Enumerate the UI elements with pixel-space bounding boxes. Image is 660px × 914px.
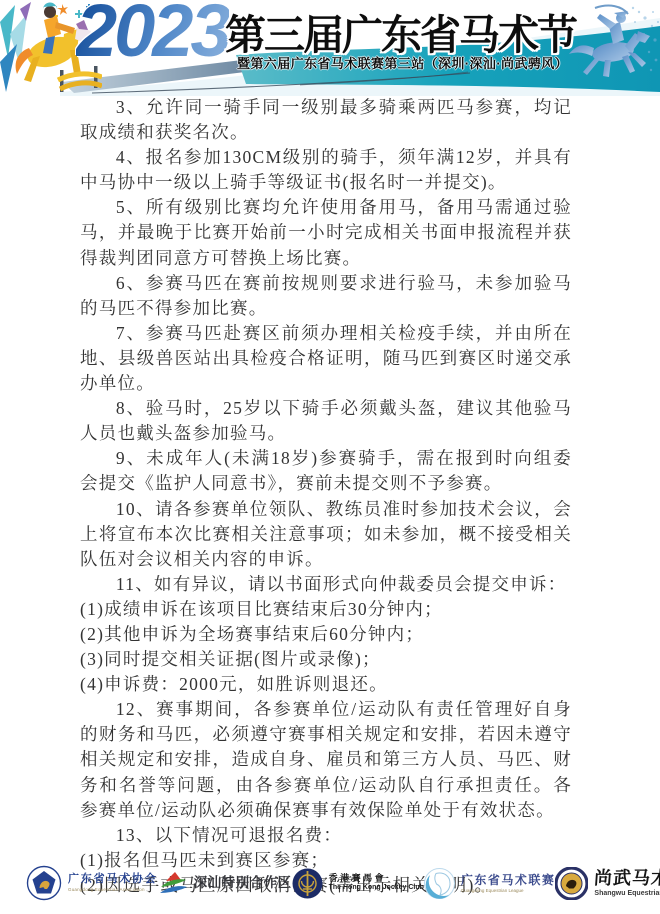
rule-subitem: (2)其他申诉为全场赛事结束后60分钟内； <box>80 622 572 647</box>
logo-en-label: Shangwu Equestrian <box>594 890 660 899</box>
rule-paragraph: 9、未成年人(未满18岁)参赛骑手，需在报到时向组委会提交《监护人同意书》，赛前… <box>80 446 572 496</box>
document-body: 3、允许同一骑手同一级别最多骑乘两匹马参赛，均记取成绩和获奖名次。 4、报名参加… <box>80 95 572 898</box>
logo-hong-kong-jockey-club: 香港賽馬會 The Hong Kong Jockey Club <box>292 868 424 899</box>
logo-cn-label: 香港賽馬會 <box>329 873 424 884</box>
hkjc-emblem-icon <box>292 868 323 899</box>
event-notice-page: 2023 第三届广东省马术节 暨第六届广东省马术联赛第三站（深圳·深汕·尚武骋风… <box>0 0 660 914</box>
sponsor-logo-strip: 广东省马术协会 Guangdong Equestrian Association… <box>0 856 660 910</box>
rule-paragraph: 3、允许同一骑手同一级别最多骑乘两匹马参赛，均记取成绩和获奖名次。 <box>80 95 572 145</box>
shenshan-sail-icon <box>158 870 188 897</box>
rule-subitem: (1)成绩申诉在该项目比赛结束后30分钟内； <box>80 597 572 622</box>
logo-guangdong-equestrian-association: 广东省马术协会 Guangdong Equestrian Association <box>26 865 158 901</box>
rule-subitem: (4)申诉费：2000元，如胜诉则退还。 <box>80 672 572 697</box>
banner-year: 2023 <box>76 0 229 73</box>
logo-en-label: Guangdong Equestrian Association <box>68 887 158 893</box>
rule-paragraph: 4、报名参加130CM级别的骑手，须年满12岁，并具有中马协中一级以上骑手等级证… <box>80 145 572 195</box>
rule-subitem: (3)同时提交相关证据(图片或录像)； <box>80 647 572 672</box>
banner: 2023 第三届广东省马术节 暨第六届广东省马术联赛第三站（深圳·深汕·尚武骋风… <box>0 0 660 96</box>
logo-guangdong-equestrian-league: 广东省马术联赛 Guangdong Equestrian League <box>424 868 556 899</box>
rule-paragraph: 7、参赛马匹赴赛区前须办理相关检疫手续，并由所在地、县级兽医站出具检疫合格证明，… <box>80 321 572 396</box>
rule-paragraph: 6、参赛马匹在赛前按规则要求进行验马，未参加验马的马匹不得参加比赛。 <box>80 271 572 321</box>
logo-cn-label: 深汕特别合作区 <box>194 875 292 892</box>
horse-archer-silhouette <box>569 11 650 77</box>
league-horsehead-icon <box>424 868 455 899</box>
rule-paragraph: 12、赛事期间，各参赛单位/运动队有责任管理好自身的财务和马匹，必须遵守赛事相关… <box>80 697 572 822</box>
logo-cn-label: 广东省马术联赛 <box>461 873 556 888</box>
rule-paragraph: 8、验马时，25岁以下骑手必须戴头盔，建议其他验马人员也戴头盔参加验马。 <box>80 396 572 446</box>
banner-subtitle: 暨第六届广东省马术联赛第三站（深圳·深汕·尚武骋风） <box>237 53 568 72</box>
rule-paragraph: 13、以下情况可退报名费： <box>80 823 572 848</box>
shangwu-seal-icon <box>555 867 588 900</box>
gdea-emblem-icon <box>26 865 62 901</box>
rule-paragraph: 5、所有级别比赛均允许使用备用马，备用马需通过验马，并最晚于比赛开始前一小时完成… <box>80 195 572 270</box>
logo-cn-label: 广东省马术协会 <box>68 873 158 887</box>
logo-en-label: The Hong Kong Jockey Club <box>329 884 424 893</box>
logo-shangwu-equestrian: 尚武马术 Shangwu Equestrian <box>555 867 660 900</box>
mounted-archer-illustration <box>565 0 660 90</box>
rule-paragraph: 11、如有异议，请以书面形式向仲裁委员会提交申诉： <box>80 572 572 597</box>
logo-en-label: Guangdong Equestrian League <box>461 888 556 894</box>
logo-shenshan-cooperation-zone: 深汕特别合作区 <box>158 870 292 897</box>
logo-cn-label: 尚武马术 <box>594 867 660 890</box>
rule-paragraph: 10、请各参赛单位领队、教练员准时参加技术会议，会上将宣布本次比赛相关注意事项；… <box>80 497 572 572</box>
